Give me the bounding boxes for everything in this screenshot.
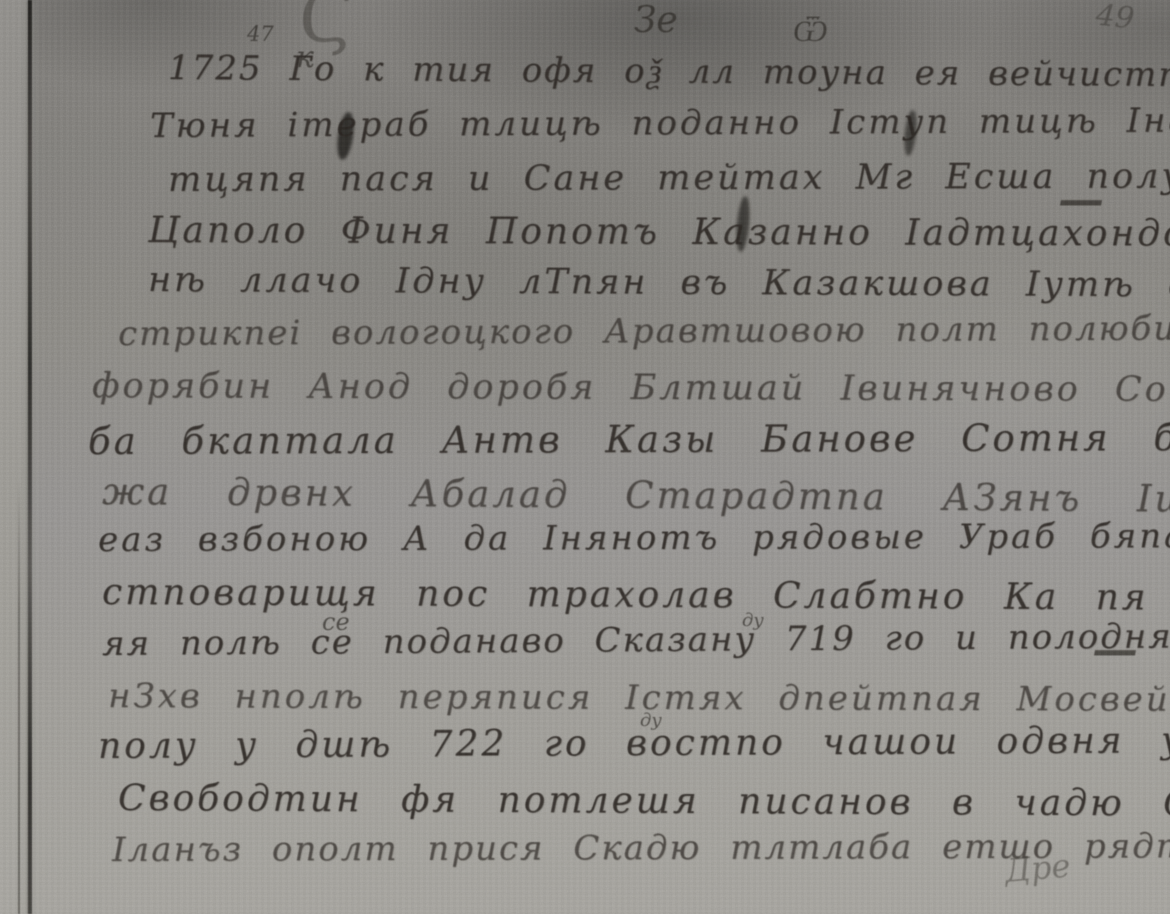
manuscript-line: Тюня ітераб тлицѣ поданно Іступ тицѣ Іна… bbox=[150, 100, 1170, 146]
left-margin-strip bbox=[0, 0, 28, 914]
superscript-mark: се bbox=[322, 608, 350, 636]
superscript-mark: ду bbox=[640, 710, 662, 731]
manuscript-line: жа дрвнх Абалад Старадтпа АЗянъ Ішилъ bbox=[102, 470, 1170, 521]
manuscript-line: полу у дшѣ 722 го востпо чашои одвня увл… bbox=[98, 720, 1170, 767]
superscript-mark: 47 bbox=[247, 22, 274, 46]
manuscript-line: Свободтин фя потлешя писанов в чадю Оптш bbox=[118, 778, 1170, 825]
secondary-crease bbox=[18, 480, 20, 914]
omega-tilde-mark: Ѿ bbox=[793, 14, 827, 49]
manuscript-line: форябин Анод доробя Блтшай Івинячново Со… bbox=[92, 366, 1170, 410]
manuscript-line: стповарищя пос трахолав Слабтно Ка пя Ск… bbox=[102, 572, 1170, 619]
manuscript-line: еаз взбоною А да Інянотъ рядовые Ураб бя… bbox=[98, 516, 1170, 560]
manuscript-line: нѣ ллачо Ідну лТпян въ Казакшова Іутѣ д … bbox=[148, 260, 1170, 306]
manuscript-line: тцяпя пася и Сане тейтах Мг Есша полу у … bbox=[168, 156, 1170, 200]
manuscript-line: нЗхв нполѣ перяпися Істях дпейтпая Мосве… bbox=[108, 676, 1170, 720]
manuscript-line: стрикпеі вологоцкого Аравтшовою полт пол… bbox=[118, 308, 1170, 354]
line-end-dash: — bbox=[1092, 622, 1138, 676]
bottom-flourish-mark: Дре bbox=[1003, 846, 1072, 890]
manuscript-page: 1725 Го к тия офя оѯ лл тоуна ея вейчист… bbox=[0, 0, 1170, 914]
manuscript-line: Цаполо Финя Попотъ Казанно Іадтцахондо п… bbox=[148, 210, 1170, 255]
manuscript-line: ба бкаптала Антв Казы Банове Сотня бкро bbox=[88, 416, 1170, 463]
manuscript-line: яя полѣ се поданаво Сказану 719 го и пол… bbox=[102, 616, 1170, 664]
superscript-mark: к bbox=[296, 40, 314, 75]
line-end-dash: — bbox=[1058, 172, 1104, 226]
folio-number: 49 bbox=[1094, 0, 1136, 37]
binding-crease bbox=[28, 0, 32, 914]
top-center-mark: Зе bbox=[634, 0, 678, 41]
superscript-mark: ду bbox=[742, 610, 764, 631]
